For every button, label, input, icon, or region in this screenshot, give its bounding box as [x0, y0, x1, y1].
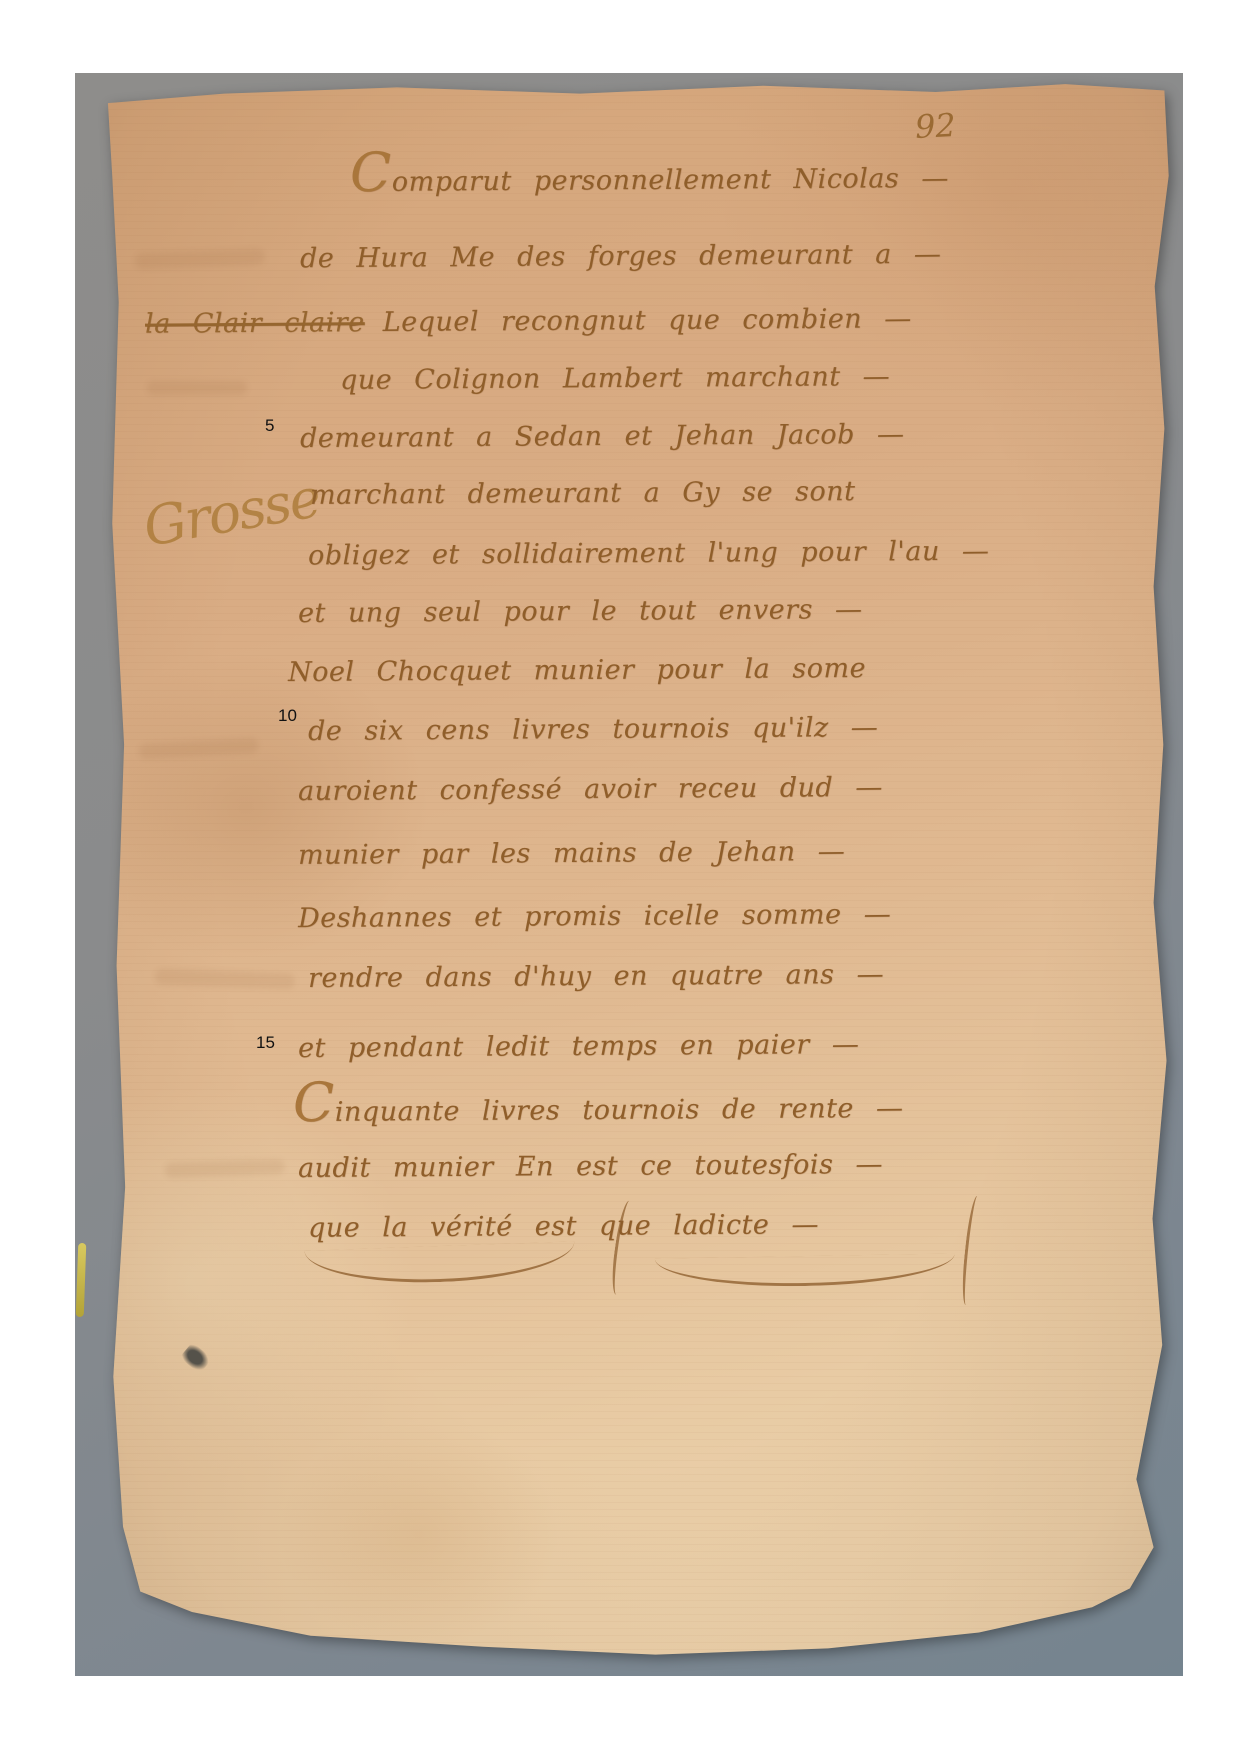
manuscript-line: Cinquante livres tournois de rente —: [293, 1089, 904, 1128]
pen-flourish: [304, 1241, 575, 1286]
manuscript-line: marchant demeurant a Gy se sont: [310, 476, 856, 511]
manuscript-line: que Colignon Lambert marchant —: [340, 361, 890, 396]
manuscript-line: Noel Chocquet munier pour la some: [288, 653, 866, 688]
ink-showthrough: [155, 969, 295, 990]
manuscript-line: et ung seul pour le tout envers —: [298, 594, 863, 629]
folio-number: 92: [914, 106, 957, 146]
manuscript-line: obligez et sollidairement l'ung pour l'a…: [308, 536, 990, 572]
manuscript-line: de Hura Me des forges demeurant a —: [300, 239, 942, 274]
manuscript-line: la Clair claireLequel recongnut que comb…: [145, 303, 912, 339]
ink-showthrough: [165, 1159, 285, 1178]
manuscript-line: que la vérité est que ladicte —: [308, 1209, 819, 1244]
manuscript-line: munier par les mains de Jehan —: [298, 836, 845, 871]
manuscript-line: audit munier En est ce toutesfois —: [298, 1149, 883, 1184]
manuscript-line: Deshannes et promis icelle somme —: [298, 899, 891, 934]
manuscript-line: de six cens livres tournois qu'ilz —: [308, 712, 878, 747]
pen-flourish: [959, 1195, 992, 1307]
struck-through-words: la Clair claire: [145, 307, 365, 340]
scanned-document: 92 Grosse 5 10 15 Comparut personnelleme…: [0, 0, 1239, 1754]
manuscript-page: 92 Grosse 5 10 15 Comparut personnelleme…: [95, 81, 1173, 1661]
pen-flourish: [655, 1253, 955, 1288]
manuscript-line: Comparut personnellement Nicolas —: [350, 159, 949, 198]
photo-mat: 92 Grosse 5 10 15 Comparut personnelleme…: [75, 73, 1183, 1676]
line-number-5: 5: [265, 416, 274, 436]
line-number-10: 10: [278, 706, 297, 726]
manuscript-line: et pendant ledit temps en paier —: [298, 1029, 860, 1064]
line-number-15: 15: [256, 1033, 275, 1053]
ink-showthrough: [139, 738, 260, 759]
paper-sheet-wrap: 92 Grosse 5 10 15 Comparut personnelleme…: [95, 81, 1173, 1661]
manuscript-line: demeurant a Sedan et Jehan Jacob —: [300, 419, 905, 454]
margin-note: Grosse: [139, 466, 324, 559]
ink-showthrough: [147, 381, 247, 395]
manuscript-line: rendre dans d'huy en quatre ans —: [308, 959, 884, 994]
manuscript-line: auroient confessé avoir receu dud —: [298, 772, 883, 807]
ink-showthrough: [135, 249, 265, 270]
